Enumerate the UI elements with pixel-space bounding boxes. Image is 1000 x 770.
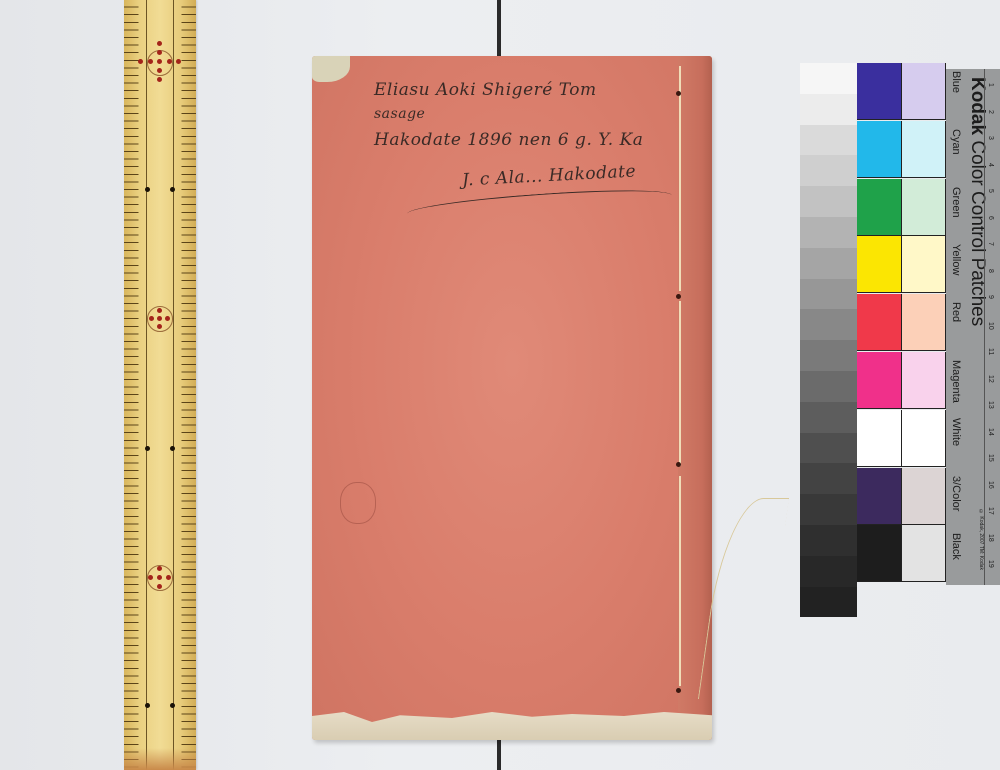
- patch-yellow: [857, 236, 946, 293]
- patch-black: [857, 525, 946, 582]
- ruler-base: [124, 748, 196, 770]
- color-patches: [857, 63, 946, 585]
- grayscale-strip: [800, 63, 857, 585]
- patch-cyan: [857, 121, 946, 178]
- patch-blue: [857, 63, 946, 120]
- gray-step: [800, 433, 857, 464]
- binding-thread: [679, 301, 681, 466]
- gray-step: [800, 556, 857, 587]
- binding-thread: [679, 476, 681, 686]
- gray-step: [800, 587, 857, 618]
- patch-label: Red: [950, 302, 962, 322]
- gray-step: [800, 217, 857, 248]
- faded-stamp: [340, 482, 376, 524]
- patch-magenta: [857, 352, 946, 409]
- gray-step: [800, 186, 857, 217]
- stand-rod-bottom: [497, 735, 501, 770]
- binding-thread: [679, 66, 681, 291]
- gray-step: [800, 279, 857, 310]
- binding-hole: [676, 91, 681, 96]
- inscription-line-3: Hakodate 1896 nen 6 g. Y. Ka: [374, 130, 643, 150]
- patch-label: Black: [950, 533, 962, 560]
- gray-step: [800, 463, 857, 494]
- gray-step: [800, 63, 857, 94]
- inscription-line-2: sasage: [374, 106, 425, 122]
- patch-label: Blue: [950, 71, 962, 93]
- gray-step: [800, 494, 857, 525]
- binding-hole: [676, 688, 681, 693]
- gray-step: [800, 309, 857, 340]
- gray-step: [800, 94, 857, 125]
- binding-hole: [676, 462, 681, 467]
- ruler-guide-line: [173, 0, 174, 770]
- gray-step: [800, 340, 857, 371]
- measuring-ruler: [124, 0, 196, 770]
- stand-rod-top: [497, 0, 501, 56]
- patch-label: Yellow: [950, 244, 962, 275]
- kodak-color-card: Kodak Color Control Patches BlueCyanGree…: [800, 63, 1000, 585]
- torn-bottom-edge: [312, 700, 712, 740]
- patch-white: [857, 410, 946, 467]
- gray-step: [800, 248, 857, 279]
- patch-green: [857, 179, 946, 236]
- patch-label: Green: [950, 187, 962, 218]
- inscription-line-1: Eliasu Aoki Shigeré Tom: [374, 80, 597, 100]
- signature-underline: [407, 185, 673, 224]
- patch-label: 3/Color: [950, 476, 962, 511]
- patch-red: [857, 294, 946, 351]
- gray-step: [800, 371, 857, 402]
- gray-step: [800, 525, 857, 556]
- patch-label: White: [950, 418, 962, 446]
- gray-step: [800, 402, 857, 433]
- torn-corner: [312, 56, 350, 82]
- patch-label: Magenta: [950, 360, 962, 403]
- patch-3-color: [857, 468, 946, 525]
- card-scale: 12345678910111213141516171819: [984, 69, 1000, 585]
- gray-step: [800, 155, 857, 186]
- patch-label: Cyan: [950, 129, 962, 155]
- inscription-line-4: J. c Ala... Hakodate: [462, 161, 637, 190]
- ruler-guide-line: [146, 0, 147, 770]
- card-label-strip: Kodak Color Control Patches BlueCyanGree…: [946, 69, 1000, 585]
- binding-hole: [676, 294, 681, 299]
- gray-step: [800, 125, 857, 156]
- book-cover: Eliasu Aoki Shigeré Tom sasage Hakodate …: [312, 56, 712, 740]
